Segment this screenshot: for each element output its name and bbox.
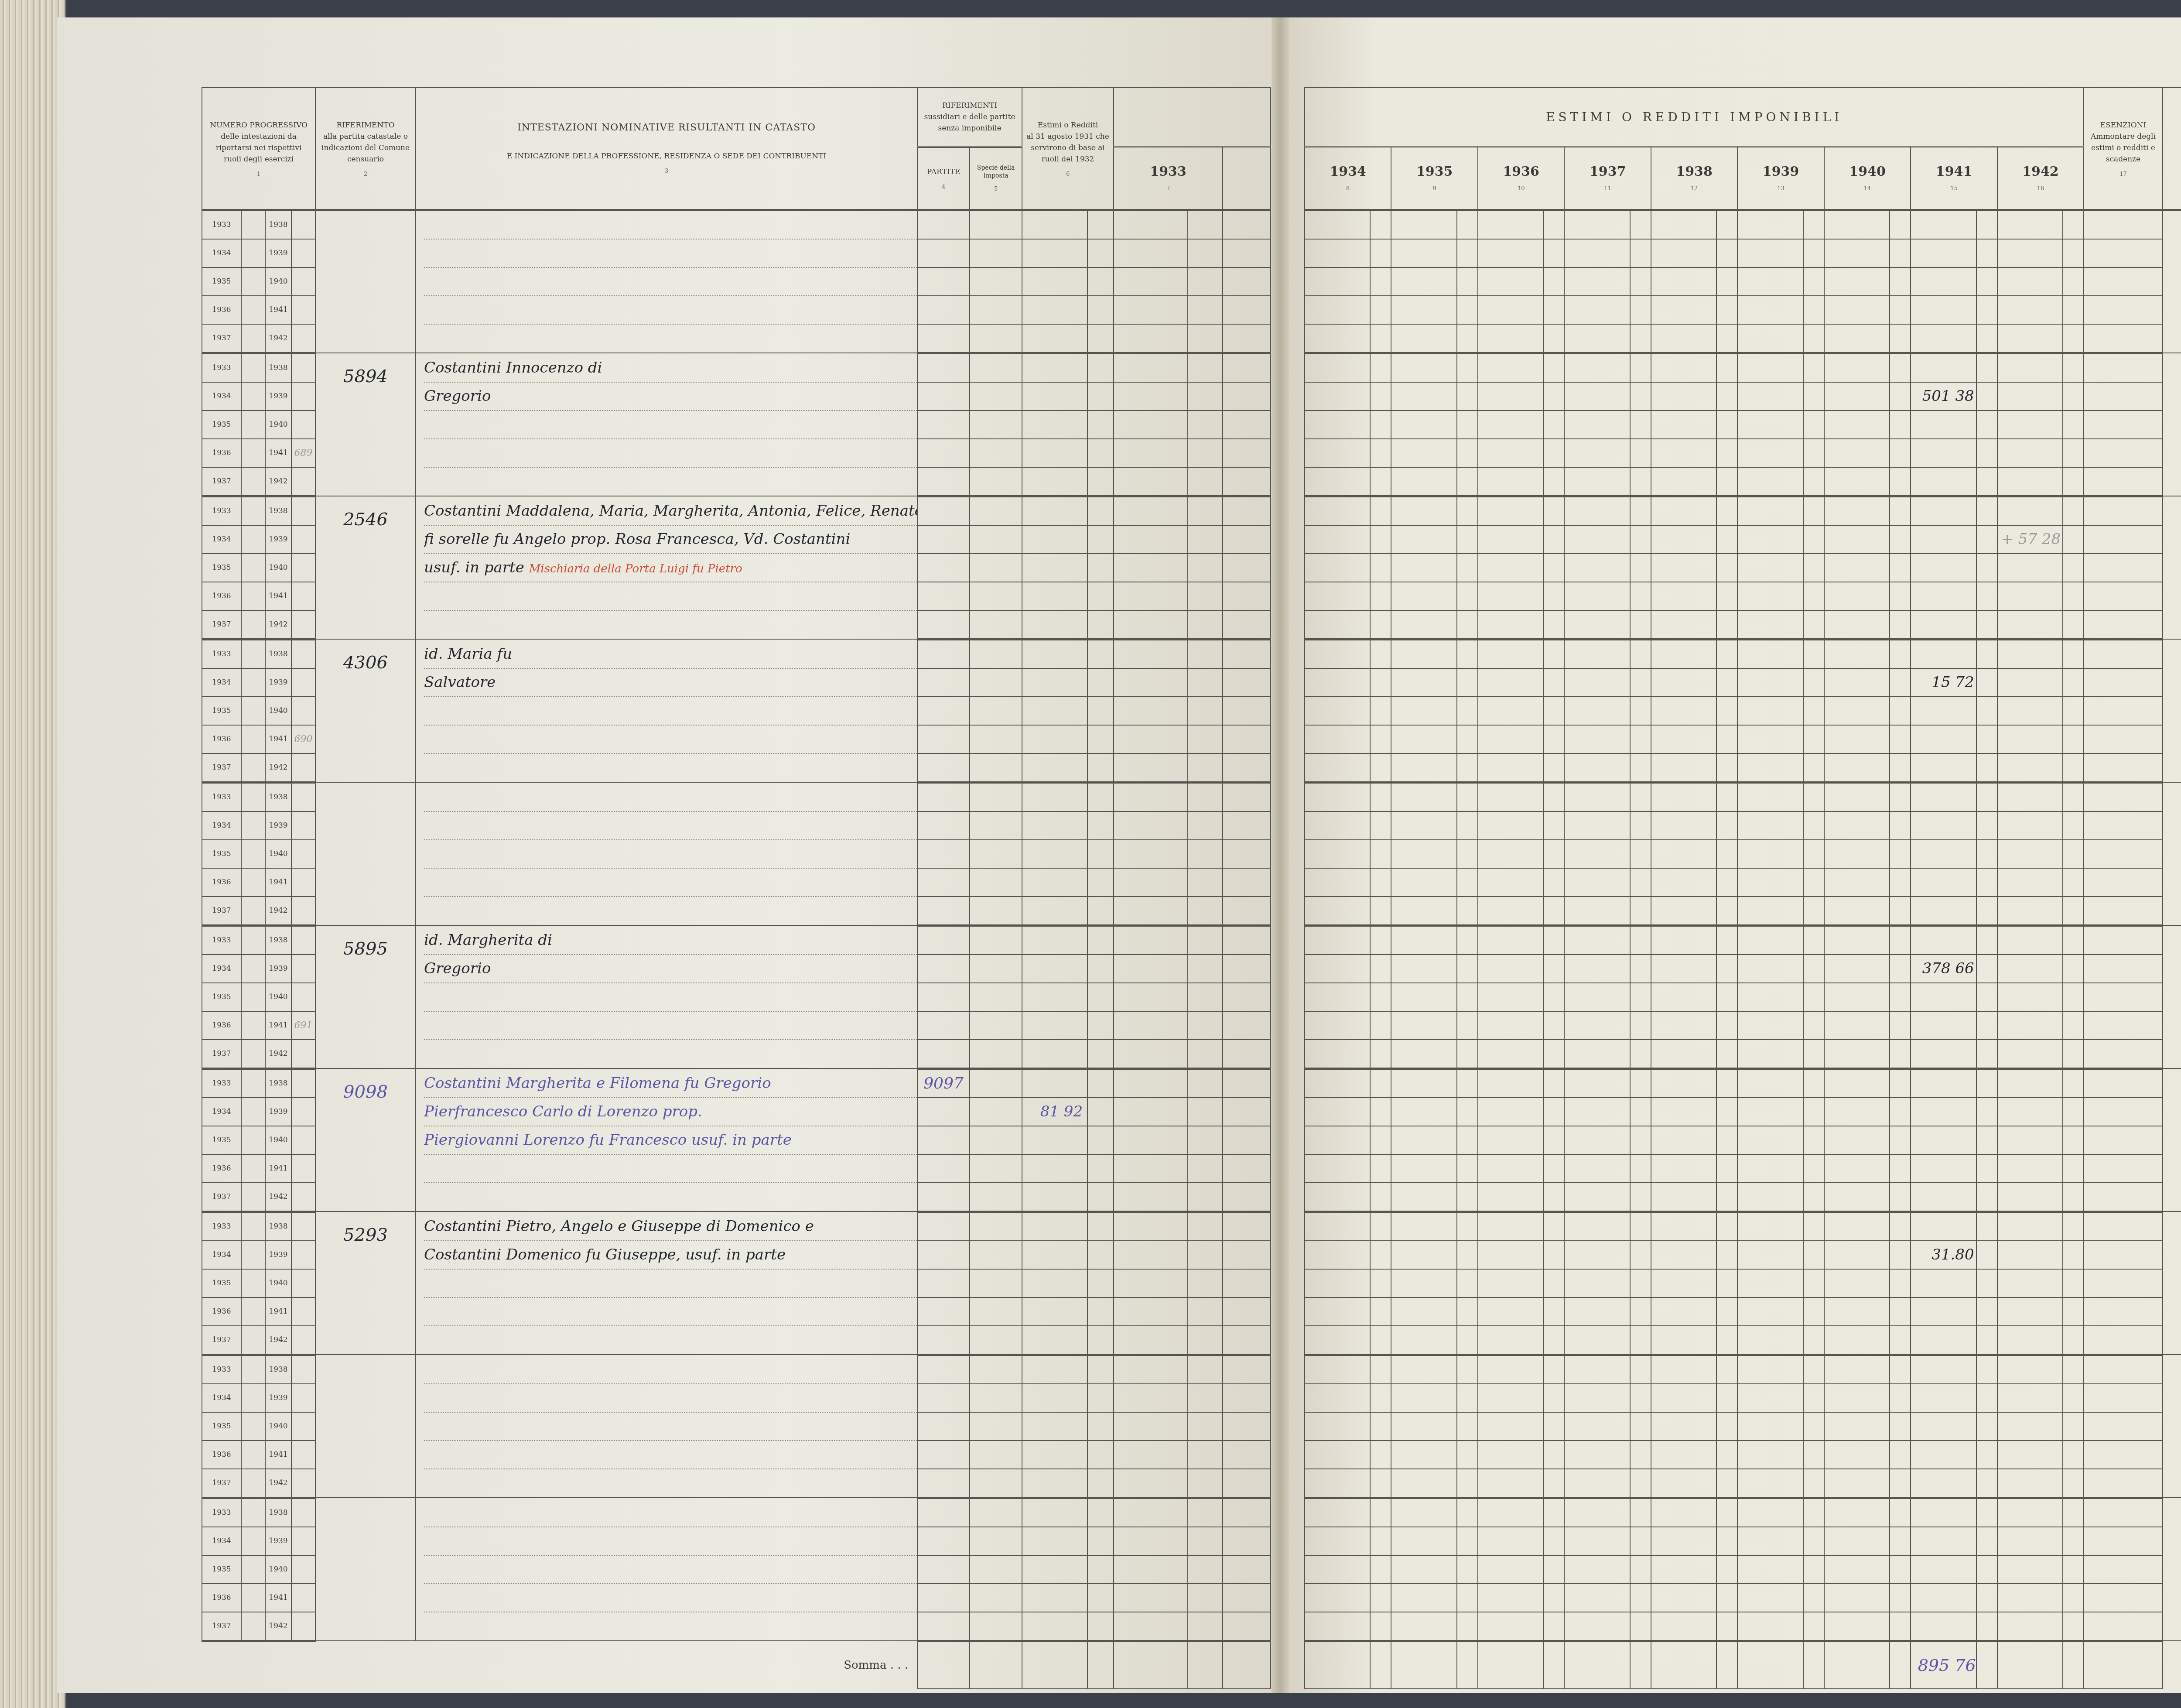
estimo-1938-cents [1716, 1584, 1737, 1612]
year-1933-cents [1188, 782, 1223, 811]
blank-cell [1223, 610, 1271, 640]
somma-cell [1114, 1641, 1188, 1689]
estimo-1942-cell [1997, 496, 2063, 525]
estimo-1939-cents [1803, 267, 1824, 296]
estimo-1941-cell [1911, 525, 1976, 554]
estimo-1942-cents [2063, 1297, 2084, 1326]
estimo-1940-cents [1890, 983, 1911, 1011]
intestazione-line [424, 1612, 917, 1640]
estimo-1941-cell [1911, 1011, 1976, 1040]
year-1933-cell [1114, 1384, 1188, 1412]
year-label: 1937 [202, 467, 241, 496]
estimo-1932-cents [1087, 353, 1114, 382]
estimo-1937-cents [1630, 1098, 1651, 1126]
year-1933-cents [1188, 1126, 1223, 1154]
estimo-1941-cents [1976, 582, 1997, 610]
blank-cell [1223, 955, 1271, 983]
estimo-1941-cents [1976, 1498, 1997, 1527]
estimo-1937-cents [1630, 697, 1651, 725]
year-label: 1934 [202, 1384, 241, 1412]
estimo-1932-cents [1087, 1441, 1114, 1469]
estimo-1942-cents [2063, 782, 2084, 811]
estimo-1941-cents [1976, 1068, 1997, 1098]
year-label: 1939 [265, 668, 291, 697]
estimo-1941-cell [1911, 725, 1976, 753]
estimo-1942-cell [1997, 983, 2063, 1011]
estimo-1936-cell [1478, 1612, 1543, 1641]
year-1933-cents [1188, 411, 1223, 439]
estimo-1940-cents [1890, 1612, 1911, 1641]
estimo-1932-cents [1087, 897, 1114, 926]
year-1933-cents [1188, 382, 1223, 411]
year-1933-cents [1188, 353, 1223, 382]
estimo-1940-cents [1890, 554, 1911, 582]
estimo-1936-cell [1478, 610, 1543, 640]
estimo-1934-cell [1305, 925, 1370, 955]
estimo-1941-cell: 378 66 [1911, 955, 1976, 983]
estimo-1939-cents [1803, 955, 1824, 983]
partite-cell [917, 1183, 970, 1212]
year-label: 1934 [202, 1098, 241, 1126]
year-1933-cell [1114, 983, 1188, 1011]
estimo-1937-cell [1564, 525, 1630, 554]
estimo-1934-cell [1305, 267, 1370, 296]
esenzioni-cell [2084, 1355, 2162, 1384]
estimo-1938-cell [1651, 983, 1716, 1011]
estimo-1938-cell [1651, 782, 1716, 811]
estimo-1932-cents [1087, 753, 1114, 783]
year-blank [241, 1212, 265, 1241]
estimo-1940-cents [1890, 1269, 1911, 1297]
year-blank [241, 467, 265, 496]
estimo-1938-cents [1716, 725, 1737, 753]
estimo-1937-cell [1564, 1212, 1630, 1241]
estimo-1937-cents [1630, 439, 1651, 467]
partite-cell [917, 639, 970, 668]
estimo-1935-cell [1391, 382, 1456, 411]
estimo-1937-cell [1564, 582, 1630, 610]
estimo-1938-cell [1651, 610, 1716, 640]
estimo-1936-cents [1543, 239, 1564, 267]
estimo-1935-cell [1391, 411, 1456, 439]
estimo-1939-cents [1803, 897, 1824, 926]
estimo-1941-cell: 501 38 [1911, 382, 1976, 411]
estimo-1935-cents [1457, 668, 1478, 697]
ledger-row [1305, 1412, 2181, 1441]
partite-cell [917, 1527, 970, 1555]
somma-cents [1543, 1641, 1564, 1689]
header-year-1934: 19348 [1305, 147, 1391, 210]
partite-cell [917, 1412, 970, 1441]
estimo-1935-cell [1391, 296, 1456, 324]
blank-cell [1223, 1126, 1271, 1154]
estimo-1940-cell [1824, 610, 1890, 640]
estimo-1938-cents [1716, 1183, 1737, 1212]
estimo-1935-cell [1391, 1126, 1456, 1154]
year-1933-cents [1188, 925, 1223, 955]
partite-cell [917, 1469, 970, 1498]
estimo-1938-cell [1651, 382, 1716, 411]
year-1933-cell [1114, 1212, 1188, 1241]
estimo-1938-cell [1651, 1612, 1716, 1641]
estimo-1939-cell [1737, 467, 1803, 496]
estimo-1941-cents [1976, 1584, 1997, 1612]
estimo-1935-cents [1457, 1098, 1478, 1126]
estimo-1939-cents [1803, 725, 1824, 753]
specie-cell [970, 1068, 1022, 1098]
estimo-1942-cell [1997, 1555, 2063, 1584]
estimo-1937-cents [1630, 1269, 1651, 1297]
blank-cell [1223, 496, 1271, 525]
intestazione-line: Gregorio [424, 383, 917, 411]
estimo-1932-cents [1087, 1068, 1114, 1098]
estimo-1939-cents [1803, 353, 1824, 382]
somma-cents [1630, 1641, 1651, 1689]
estimo-1936-cell [1478, 1241, 1543, 1269]
intestazione-line [424, 1584, 917, 1612]
year-1933-cents [1188, 496, 1223, 525]
specie-cell [970, 1355, 1022, 1384]
ledger-row: 19331938 [202, 1498, 1271, 1527]
estimo-1938-cell [1651, 1269, 1716, 1297]
estimo-1935-cell [1391, 467, 1456, 496]
estimo-1937-cell [1564, 925, 1630, 955]
estimo-1939-cell [1737, 983, 1803, 1011]
year-label: 1938 [265, 1212, 291, 1241]
estimo-1942-cents [2063, 840, 2084, 868]
estimo-1935-cell [1391, 610, 1456, 640]
estimo-1938-cents [1716, 1326, 1737, 1355]
estimo-1936-cents [1543, 697, 1564, 725]
blank-cell [1223, 1154, 1271, 1183]
estimo-1940-cell [1824, 955, 1890, 983]
progressivo-cell [291, 1126, 315, 1154]
estimo-1932-cents [1087, 1011, 1114, 1040]
estimo-1942-cell [1997, 1441, 2063, 1469]
estimo-1932-cell [1022, 1212, 1087, 1241]
estimo-1940-cell [1824, 1555, 1890, 1584]
year-label: 1942 [265, 610, 291, 640]
estimo-1934-cents [1370, 811, 1391, 840]
estimo-1940-cell [1824, 1068, 1890, 1098]
esenzioni-cell [2084, 1241, 2162, 1269]
estimo-1934-cents [1370, 782, 1391, 811]
estimo-1937-cents [1630, 1612, 1651, 1641]
estimo-1932-cents [1087, 955, 1114, 983]
estimo-1942-cents [2063, 411, 2084, 439]
ledger-row [1305, 582, 2181, 610]
estimo-1934-cell [1305, 296, 1370, 324]
intestazione-line: Costantini Maddalena, Maria, Margherita,… [424, 497, 917, 526]
ledger-row [1305, 610, 2181, 640]
estimo-1936-cell [1478, 1269, 1543, 1297]
estimo-1935-cents [1457, 925, 1478, 955]
somma-esenzioni [2084, 1641, 2162, 1689]
year-1933-cents [1188, 210, 1223, 239]
partite-cell [917, 1241, 970, 1269]
estimo-1941-cell [1911, 1412, 1976, 1441]
ledger-row [1305, 753, 2181, 783]
estimo-1934-cents [1370, 1355, 1391, 1384]
estimo-1939-cell [1737, 1555, 1803, 1584]
specie-cell [970, 1498, 1022, 1527]
estimo-1934-cell [1305, 1269, 1370, 1297]
estimo-1940-cell [1824, 840, 1890, 868]
estimo-1937-cell [1564, 1441, 1630, 1469]
estimo-1941-cell [1911, 267, 1976, 296]
estimo-1935-cell [1391, 983, 1456, 1011]
estimo-1932-cell [1022, 668, 1087, 697]
header-sub: Ammontare degli estimi o redditi e scade… [2084, 131, 2162, 165]
estimo-1937-cell [1564, 267, 1630, 296]
estimo-1941-cell [1911, 753, 1976, 783]
progressivo-cell [291, 525, 315, 554]
year-1933-cell [1114, 324, 1188, 353]
estimo-1936-cell [1478, 811, 1543, 840]
estimo-1935-cents [1457, 353, 1478, 382]
estimo-1940-cell [1824, 439, 1890, 467]
partita-cell: 5895 [315, 925, 416, 1068]
partite-cell [917, 753, 970, 783]
estimo-1937-cents [1630, 753, 1651, 783]
somma-cell [970, 1641, 1022, 1689]
estimo-1939-cents [1803, 840, 1824, 868]
estimo-1938-cell [1651, 1498, 1716, 1527]
progressivo-cell [291, 1326, 315, 1355]
esenzioni-cell [2084, 1154, 2162, 1183]
estimo-1935-cents [1457, 868, 1478, 897]
estimo-1942-cents [2063, 554, 2084, 582]
estimo-1937-cents [1630, 1527, 1651, 1555]
blank-cell [1223, 1068, 1271, 1098]
year-label: 1941 [265, 868, 291, 897]
estimo-1940-cents [1890, 1527, 1911, 1555]
estimo-1934-cents [1370, 582, 1391, 610]
year-blank [241, 1584, 265, 1612]
estimo-1934-cell [1305, 353, 1370, 382]
estimo-1934-cell [1305, 668, 1370, 697]
estimo-1936-cents [1543, 753, 1564, 783]
ledger-row [1305, 467, 2181, 496]
estimo-1934-cell [1305, 639, 1370, 668]
header-year-1942: 194216 [1997, 147, 2084, 210]
estimo-1932-cell [1022, 1412, 1087, 1441]
estimo-1932-cents [1087, 382, 1114, 411]
estimo-1932-cell [1022, 1326, 1087, 1355]
year-label: 1935 [202, 697, 241, 725]
estimo-1941-cell [1911, 1269, 1976, 1297]
estimo-1938-cell [1651, 925, 1716, 955]
partite-cell [917, 267, 970, 296]
intestazione-line [424, 697, 917, 726]
year-1933-cell [1114, 1126, 1188, 1154]
estimo-1939-cents [1803, 467, 1824, 496]
estimo-1940-cell [1824, 811, 1890, 840]
estimo-1935-cell [1391, 324, 1456, 353]
intestazione-line [424, 1012, 917, 1040]
estimo-1936-cell [1478, 1384, 1543, 1412]
estimo-1935-cell [1391, 525, 1456, 554]
estimo-1940-cell [1824, 1011, 1890, 1040]
estimo-1932-cents [1087, 324, 1114, 353]
intestazione-line [424, 582, 917, 611]
specie-cell [970, 697, 1022, 725]
specie-cell [970, 496, 1022, 525]
estimo-1942-cents [2063, 210, 2084, 239]
estimo-1942-cell [1997, 868, 2063, 897]
blank-cell [1223, 897, 1271, 926]
estimo-1936-cell [1478, 868, 1543, 897]
year-1933-cell [1114, 1441, 1188, 1469]
estimo-1932-cell [1022, 239, 1087, 267]
estimo-1941-cell [1911, 1183, 1976, 1212]
estimo-1938-cents [1716, 925, 1737, 955]
estimo-1936-cents [1543, 1011, 1564, 1040]
estimo-1937-cents [1630, 582, 1651, 610]
estimo-1934-cents [1370, 267, 1391, 296]
estimo-1932-cents [1087, 582, 1114, 610]
year-1933-cents [1188, 1154, 1223, 1183]
estimo-1932-cents [1087, 496, 1114, 525]
estimo-1934-cell [1305, 610, 1370, 640]
year-blank [241, 1068, 265, 1098]
esenzioni-cell [2084, 1498, 2162, 1527]
intestazione-line [424, 1469, 917, 1497]
ledger-row [1305, 1212, 2181, 1241]
progressivo-cell [291, 1183, 315, 1212]
estimo-1936-cell [1478, 840, 1543, 868]
estimo-1938-cents [1716, 411, 1737, 439]
estimo-1939-cents [1803, 753, 1824, 783]
estimo-1941-cell [1911, 1098, 1976, 1126]
intestazione-line [424, 1298, 917, 1326]
estimo-1938-cell [1651, 1584, 1716, 1612]
estimo-1938-cents [1716, 267, 1737, 296]
specie-cell [970, 925, 1022, 955]
estimo-1935-cell [1391, 210, 1456, 239]
estimo-1936-cell [1478, 267, 1543, 296]
year-label: 1937 [202, 610, 241, 640]
estimo-1938-cell [1651, 1469, 1716, 1498]
estimo-1940-cell [1824, 1355, 1890, 1384]
year-label: 1933 [202, 1355, 241, 1384]
estimo-1932-cell [1022, 782, 1087, 811]
estimo-1941-cell [1911, 1612, 1976, 1641]
ledger-row [1305, 725, 2181, 753]
blank-cell [1223, 868, 1271, 897]
estimo-1939-cents [1803, 210, 1824, 239]
estimo-1940-cell [1824, 1241, 1890, 1269]
year-1933-cell [1114, 554, 1188, 582]
estimo-1940-cents [1890, 868, 1911, 897]
estimo-1941-cell [1911, 1297, 1976, 1326]
esenzioni-cell [2084, 496, 2162, 525]
partita-cell: 5894 [315, 353, 416, 496]
estimo-1934-cents [1370, 1040, 1391, 1069]
estimo-1935-cents [1457, 1412, 1478, 1441]
estimo-1941-cents [1976, 1126, 1997, 1154]
year-1933-cents [1188, 1040, 1223, 1069]
somma-cell [1087, 1641, 1114, 1689]
estimo-1938-cents [1716, 897, 1737, 926]
estimo-1939-cell [1737, 1269, 1803, 1297]
year-blank [241, 868, 265, 897]
somma-cell [1022, 1641, 1087, 1689]
estimo-1938-cell [1651, 1212, 1716, 1241]
estimo-1940-cell [1824, 1498, 1890, 1527]
estimo-1940-cents [1890, 610, 1911, 640]
blank-cell [1223, 353, 1271, 382]
year-1933-cents [1188, 668, 1223, 697]
estimo-1936-cell [1478, 983, 1543, 1011]
estimo-1942-cell [1997, 439, 2063, 467]
partite-cell [917, 1098, 970, 1126]
specie-cell [970, 725, 1022, 753]
year-blank [241, 525, 265, 554]
header-blank-top [1114, 88, 1271, 147]
ledger-row [1305, 868, 2181, 897]
year-1933-cell [1114, 382, 1188, 411]
estimo-1932-cents [1087, 697, 1114, 725]
estimo-1936-cents [1543, 782, 1564, 811]
year-blank [241, 983, 265, 1011]
estimo-1935-cents [1457, 1040, 1478, 1069]
header-estimi-imponibili: ESTIMI O REDDITI IMPONIBILI [1305, 88, 2084, 147]
estimo-1941-cents [1976, 1011, 1997, 1040]
estimo-1942-cents [2063, 1527, 2084, 1555]
estimo-1939-cell [1737, 668, 1803, 697]
estimo-1942-cell [1997, 554, 2063, 582]
progressivo-cell [291, 868, 315, 897]
estimo-1937-cell [1564, 1469, 1630, 1498]
estimo-1938-cents [1716, 525, 1737, 554]
estimo-1938-cell [1651, 1126, 1716, 1154]
esenzioni-cell [2084, 725, 2162, 753]
estimo-1938-cell [1651, 725, 1716, 753]
estimo-1942-cents [2063, 811, 2084, 840]
partite-cell [917, 1126, 970, 1154]
estimo-1936-cell [1478, 753, 1543, 783]
estimo-1935-cents [1457, 1297, 1478, 1326]
estimo-1940-cents [1890, 955, 1911, 983]
blank-cell [1223, 1384, 1271, 1412]
estimo-1934-cell [1305, 496, 1370, 525]
estimo-1939-cell [1737, 725, 1803, 753]
intestazione-line [424, 411, 917, 439]
header-year-1937: 193711 [1564, 147, 1651, 210]
header-annotazioni: ANNOTAZIONI 18 [2163, 88, 2181, 210]
estimo-1942-cell [1997, 411, 2063, 439]
estimo-1935-cell [1391, 697, 1456, 725]
estimo-1941-cents [1976, 840, 1997, 868]
annotazioni-cell: 795 [2163, 496, 2181, 639]
intestazione-line [424, 611, 917, 638]
year-label: 1933 [202, 1212, 241, 1241]
estimo-1938-cents [1716, 1355, 1737, 1384]
estimo-1940-cell [1824, 725, 1890, 753]
blank-cell [1223, 1241, 1271, 1269]
progressivo-cell [291, 983, 315, 1011]
somma-1942 [1997, 1641, 2063, 1689]
blank-cell [1223, 554, 1271, 582]
esenzioni-cell [2084, 1011, 2162, 1040]
estimo-1938-cell [1651, 955, 1716, 983]
estimo-1932-cell [1022, 1612, 1087, 1641]
specie-cell [970, 525, 1022, 554]
estimo-1941-cell [1911, 840, 1976, 868]
estimo-1934-cell [1305, 782, 1370, 811]
estimo-1939-cents [1803, 554, 1824, 582]
